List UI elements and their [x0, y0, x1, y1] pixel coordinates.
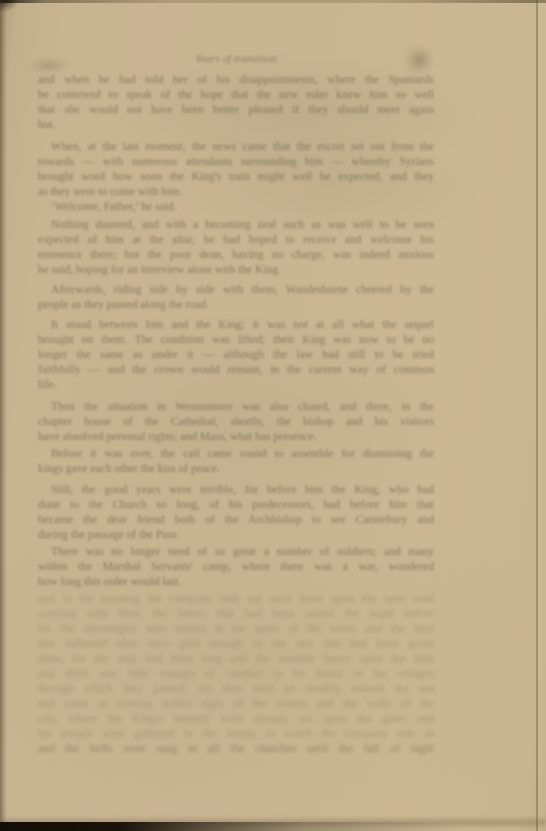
text-line: that she would not have been better plea…: [38, 103, 434, 118]
text-line: expected of him at the altar, he had hop…: [38, 233, 434, 248]
showthrough-line: that followed after were glad enough of …: [38, 637, 434, 652]
scan-edge-top: [0, 0, 546, 3]
text-column: Years of transition and when he had told…: [38, 52, 434, 757]
text-line: how long this order would last.: [38, 575, 434, 590]
showthrough-line: through which they passed; yet they held…: [38, 682, 434, 697]
text-line: he contrived to speak of the hope that t…: [38, 88, 434, 103]
text-line: longer the same as under it — although t…: [38, 348, 434, 363]
text-line: but.: [38, 118, 434, 133]
text-line: kings gave each other the kiss of peace.: [38, 462, 434, 477]
showthrough-line: for the messengers who waited at the gat…: [38, 622, 434, 637]
text-line: brought word how soon the King's train m…: [38, 170, 434, 185]
text-line: There was no longer need of so great a n…: [38, 545, 434, 560]
paragraph: ‘Welcome, Father,’ he said.: [38, 200, 434, 215]
paragraph: When, at the last moment, the news came …: [38, 140, 434, 200]
paragraph: and when he had told her of his disappoi…: [38, 73, 434, 133]
text-line: brought on them. The condition was lifte…: [38, 333, 434, 348]
text-line: life.: [38, 378, 434, 393]
text-line: towards — with numerous attendants surro…: [38, 155, 434, 170]
paragraph: Nothing daunted, and with a becoming zea…: [38, 218, 434, 278]
text-line: became the dear friend both of the Archb…: [38, 513, 434, 528]
showthrough-line: the people were gathered in the streets …: [38, 727, 434, 742]
showthrough-line: and the bells were rung in all the churc…: [38, 742, 434, 757]
showthrough-line: and there was little enough of comfort t…: [38, 667, 434, 682]
scanned-book-page: Years of transition and when he had told…: [0, 0, 546, 831]
text-line: done to the Church so long, of his prede…: [38, 498, 434, 513]
showthrough-line: city, where the King's banners were alre…: [38, 712, 434, 727]
showthrough-line: and came at evening within sight of the …: [38, 697, 434, 712]
text-line: Nothing daunted, and with a becoming zea…: [38, 218, 434, 233]
text-line: Afterwards, riding side by side with the…: [38, 283, 434, 298]
text-line: faithfully — and the crown would remain,…: [38, 363, 434, 378]
paragraph: Before it was over, the call came round …: [38, 447, 434, 477]
text-line: eminence there; but the poor dean, havin…: [38, 248, 434, 263]
text-line: Before it was over, the call came round …: [38, 447, 434, 462]
paragraph: Afterwards, riding side by side with the…: [38, 283, 434, 313]
text-line: within the Marshal Servants' camp, where…: [38, 560, 434, 575]
scan-edge-right-outer: [538, 0, 546, 831]
showthrough-line: and in the morning the company rode out …: [38, 592, 434, 607]
paragraph: Then the situation in Westminster was al…: [38, 400, 434, 445]
text-line: during the passage of the Pass.: [38, 528, 434, 543]
scan-edge-left: [0, 0, 7, 831]
text-line: ‘Welcome, Father,’ he said.: [38, 200, 434, 215]
showthrough-line: them, for the way had been long and the …: [38, 652, 434, 667]
text-line: have absolved personal rights; and Mass,…: [38, 430, 434, 445]
text-line: people as they passed along the road.: [38, 298, 434, 313]
showthrough-block: and in the morning the company rode out …: [38, 592, 434, 757]
paragraph: Still, the good years were terrible, for…: [38, 483, 434, 543]
paragraph: It stood between him and the King; it wa…: [38, 318, 434, 393]
showthrough-line: carrying with them the letters that had …: [38, 607, 434, 622]
text-line: When, at the last moment, the news came …: [38, 140, 434, 155]
text-line: as they were to come with him.: [38, 185, 434, 200]
running-header: Years of transition: [38, 52, 434, 67]
text-line: It stood between him and the King; it wa…: [38, 318, 434, 333]
scan-edge-bottom-black: [0, 822, 460, 831]
paragraph: There was no longer need of so great a n…: [38, 545, 434, 590]
text-line: and when he had told her of his disappoi…: [38, 73, 434, 88]
text-line: he said, hoping for an interview alone w…: [38, 263, 434, 278]
text-line: Then the situation in Westminster was al…: [38, 400, 434, 415]
text-line: chapter house of the Cathedral, shortly,…: [38, 415, 434, 430]
text-line: Still, the good years were terrible, for…: [38, 483, 434, 498]
